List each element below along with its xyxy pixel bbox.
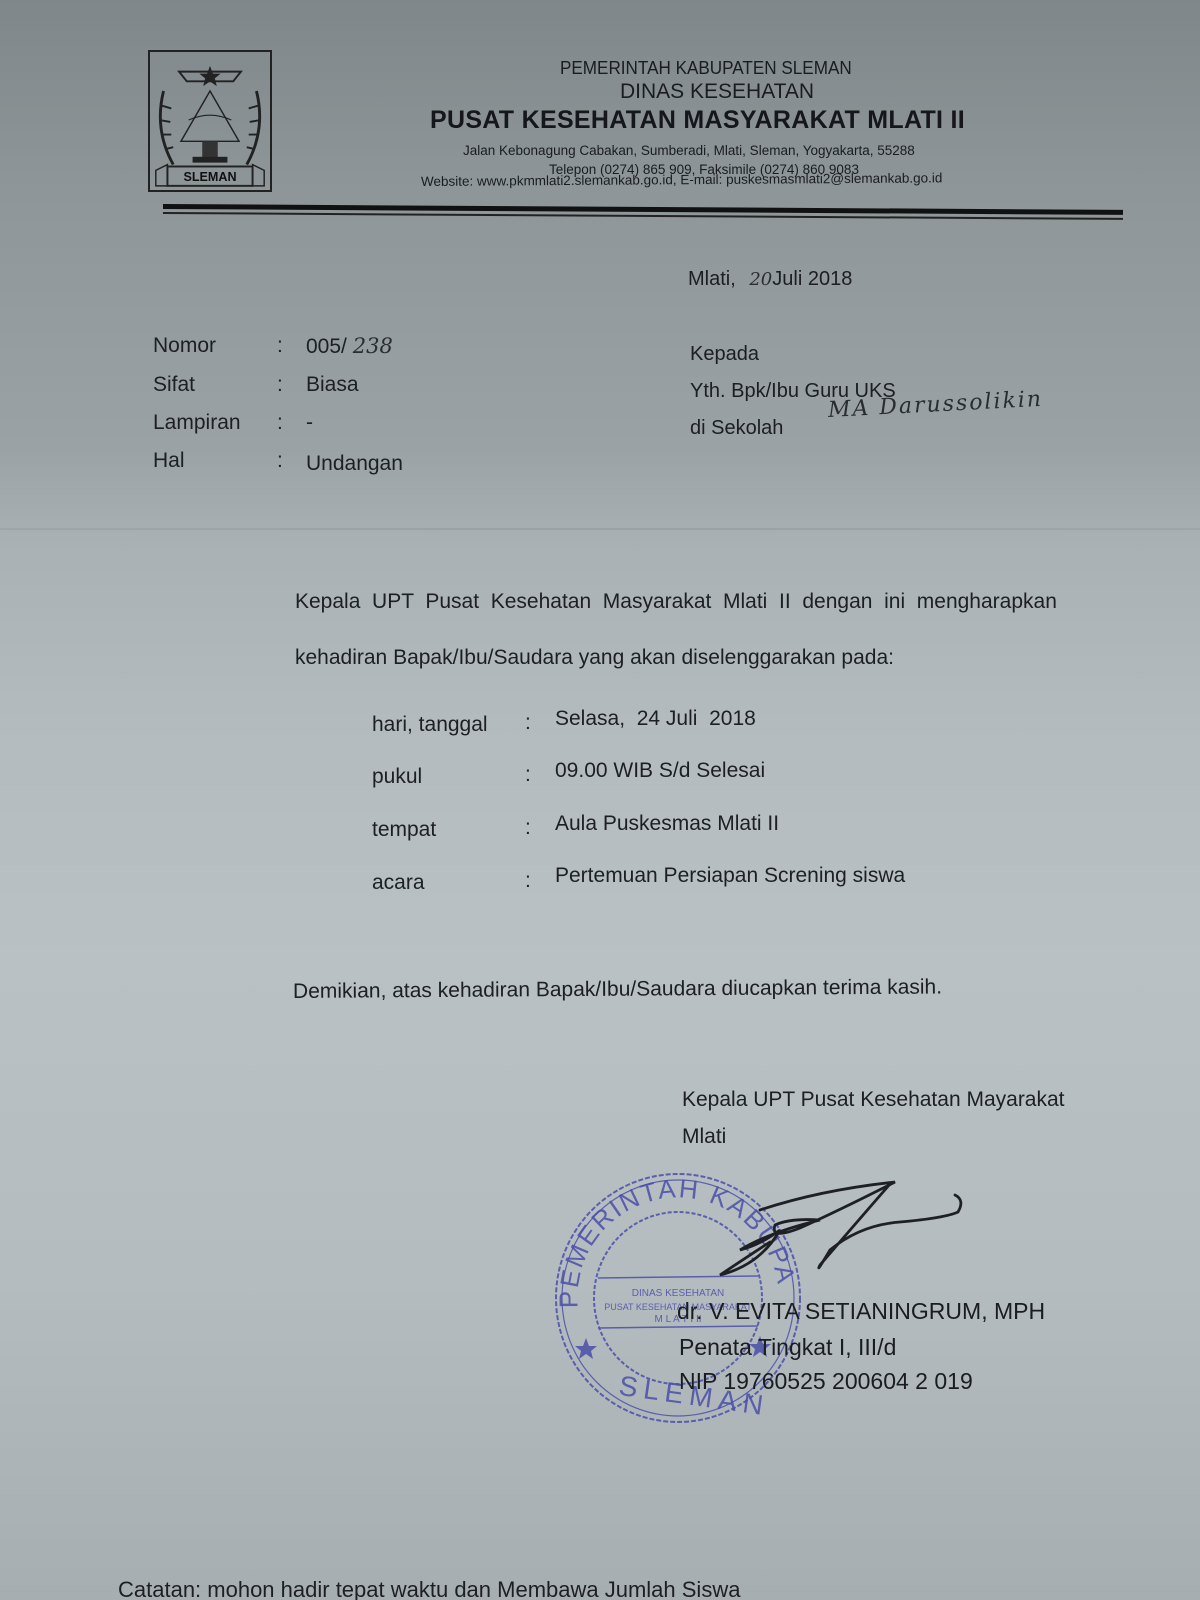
event-label-date: hari, tanggal [372, 713, 488, 737]
body-paragraph-line1: Kepala UPT Pusat Kesehatan Masyarakat Ml… [295, 590, 1130, 614]
nomor-handwritten: 238 [353, 334, 393, 358]
event-colon: : [525, 869, 531, 893]
meta-value-nomor: 005/ 238 [306, 334, 393, 359]
meta-colon: : [277, 449, 283, 473]
signatory-title-line2: Mlati [682, 1125, 726, 1149]
signatory-nip: NIP 19760525 200604 2 019 [679, 1368, 973, 1395]
closing-sentence: Demikian, atas kehadiran Bapak/Ibu/Sauda… [293, 975, 942, 1004]
recipient-location: di Sekolah [690, 417, 783, 440]
event-colon: : [525, 816, 531, 840]
meta-label-hal: Hal [153, 449, 185, 473]
svg-text:SLEMAN: SLEMAN [183, 170, 236, 184]
letterhead-government: PEMERINTAH KABUPATEN SLEMAN [560, 58, 852, 79]
signatory-rank: Penata Tingkat I, III/d [679, 1334, 896, 1361]
event-label-agenda: acara [372, 871, 425, 895]
meta-value-sifat: Biasa [306, 373, 359, 397]
letterhead-department: DINAS KESEHATAN [620, 80, 814, 104]
event-label-place: tempat [372, 818, 436, 842]
footer-note: Catatan: mohon hadir tepat waktu dan Mem… [118, 1577, 740, 1600]
sleman-regency-logo: SLEMAN [148, 50, 272, 192]
meta-label-lampiran: Lampiran [153, 411, 241, 435]
meta-colon: : [277, 411, 283, 435]
meta-label-sifat: Sifat [153, 373, 195, 397]
event-value-time: 09.00 WIB S/d Selesai [555, 759, 765, 783]
paper-fold-line [0, 528, 1200, 530]
signatory-name: dr. V. EVITA SETIANINGRUM, MPH [677, 1298, 1045, 1325]
recipient-kepada: Kepada [690, 343, 759, 366]
letterhead-web-email: Website: www.pkmmlati2.slemankab.go.id, … [421, 170, 943, 189]
date-month-year: Juli 2018 [772, 268, 852, 290]
event-value-agenda: Pertemuan Persiapan Screning siswa [555, 864, 905, 888]
event-colon: : [525, 763, 531, 787]
date-place: Mlati, [688, 268, 736, 290]
meta-colon: : [277, 373, 283, 397]
meta-value-lampiran: - [306, 411, 313, 435]
letterhead-address: Jalan Kebonagung Cabakan, Sumberadi, Mla… [463, 143, 915, 158]
meta-label-nomor: Nomor [153, 334, 216, 358]
event-value-place: Aula Puskesmas Mlati II [555, 812, 779, 836]
coat-of-arms-icon: SLEMAN [150, 52, 270, 190]
letterhead-institution: PUSAT KESEHATAN MASYARAKAT MLATI II [430, 106, 965, 135]
event-colon: : [525, 711, 531, 735]
letter-date: Mlati, 20Juli 2018 [688, 268, 852, 291]
meta-colon: : [277, 334, 283, 358]
event-value-date: Selasa, 24 Juli 2018 [555, 707, 756, 731]
event-label-time: pukul [372, 765, 422, 789]
signatory-title-line1: Kepala UPT Pusat Kesehatan Mayarakat [682, 1088, 1065, 1112]
date-day-handwritten: 20 [749, 269, 772, 290]
meta-value-hal: Undangan [306, 452, 403, 476]
body-paragraph-line2: kehadiran Bapak/Ibu/Saudara yang akan di… [295, 646, 894, 670]
handwritten-signature [700, 1170, 980, 1300]
